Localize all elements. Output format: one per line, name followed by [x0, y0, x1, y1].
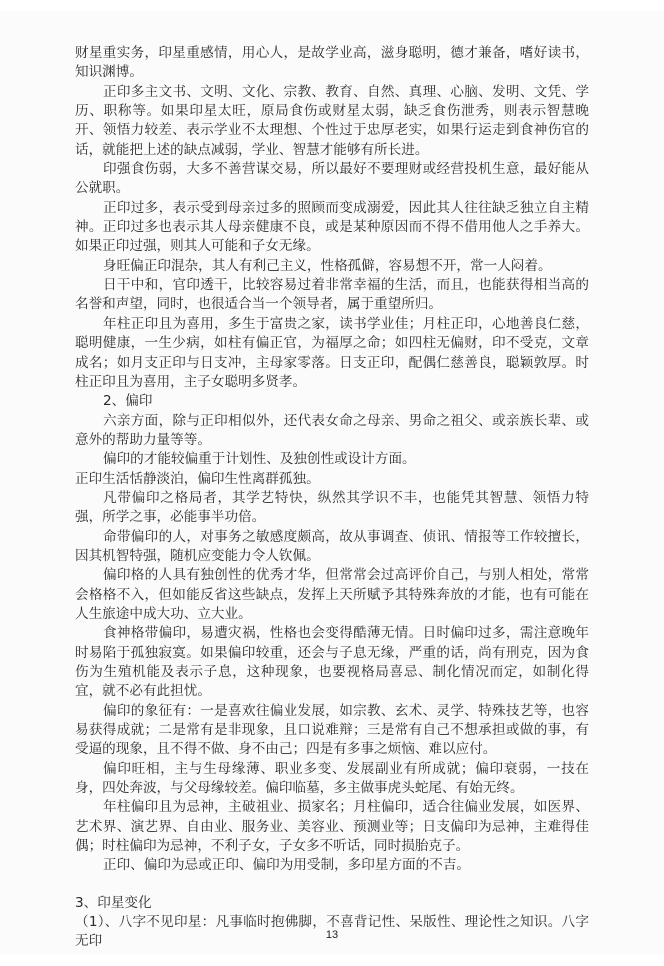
paragraph: 正印多主文书、文明、文化、宗教、教育、自然、真理、心脑、发明、文凭、学历、职称等…: [75, 83, 589, 160]
paragraph: 凡带偏印之格局者，其学艺特快，纵然其学识不丰，也能凭其智慧、领悟力特强，所学之事…: [75, 489, 589, 528]
paragraph: 偏印旺相，主与生母缘薄、职业多变、发展副业有所成就；偏印衰弱，一技在身，四处奔波…: [75, 760, 589, 799]
paragraph: 六亲方面，除与正印相似外，还代表女命之母亲、男命之祖父、或亲族长辈、或意外的帮助…: [75, 412, 589, 451]
paragraph: 年柱偏印且为忌神，主破祖业、损家名；月柱偏印，适合往偏业发展，如医界、艺术界、演…: [75, 798, 589, 856]
paragraph: 财星重实务，印星重感情，用心人，是故学业高，滋身聪明，德才兼备，嗜好读书，知识渊…: [75, 44, 589, 83]
spacer: [75, 876, 589, 894]
paragraph: 正印过多，表示受到母亲过多的照顾而变成溺爱，因此其人往往缺乏独立自主精神。正印过…: [75, 199, 589, 257]
document-page: 财星重实务，印星重感情，用心人，是故学业高，滋身聪明，德才兼备，嗜好读书，知识渊…: [0, 11, 664, 955]
paragraph: 身旺偏正印混杂，其人有利己主义，性格孤僻，容易想不开，常一人闷着。: [75, 257, 589, 276]
paragraph: 正印、偏印为忌或正印、偏印为用受制，多印星方面的不吉。: [75, 856, 589, 875]
section-heading: 3、印星变化: [75, 894, 589, 913]
paragraph: 正印生活恬静淡泊，偏印生性离群孤独。: [75, 470, 589, 489]
page-number: 13: [0, 929, 664, 941]
subheading: 2、偏印: [75, 392, 589, 411]
paragraph: 偏印格的人具有独创性的优秀才华，但常常会过高评价自己，与别人相处，常常会格格不入…: [75, 566, 589, 624]
paragraph: 食神格带偏印，易遭灾祸，性格也会变得酷薄无情。日时偏印过多，需注意晚年时易陷于孤…: [75, 624, 589, 701]
paragraph: 印强食伤弱，大多不善营谋交易，所以最好不要理财或经营投机生意，最好能从公就职。: [75, 160, 589, 199]
body-text: 财星重实务，印星重感情，用心人，是故学业高，滋身聪明，德才兼备，嗜好读书，知识渊…: [75, 44, 589, 952]
paragraph: 命带偏印的人，对事务之敏感度颇高，故从事调查、侦讯、情报等工作较擅长，因其机智特…: [75, 528, 589, 567]
paragraph: 偏印的才能较偏重于计划性、及独创性或设计方面。: [75, 450, 589, 469]
paragraph: 偏印的象征有：一是喜欢往偏业发展，如宗教、玄术、灵学、特殊技艺等，也容易获得成就…: [75, 702, 589, 760]
paragraph: 年柱正印且为喜用，多生于富贵之家，读书学业佳；月柱正印，心地善良仁慈，聪明健康，…: [75, 315, 589, 392]
paragraph: 日干中和，官印透干，比较容易过着非常幸福的生活，而且，也能获得相当高的名誉和声望…: [75, 276, 589, 315]
